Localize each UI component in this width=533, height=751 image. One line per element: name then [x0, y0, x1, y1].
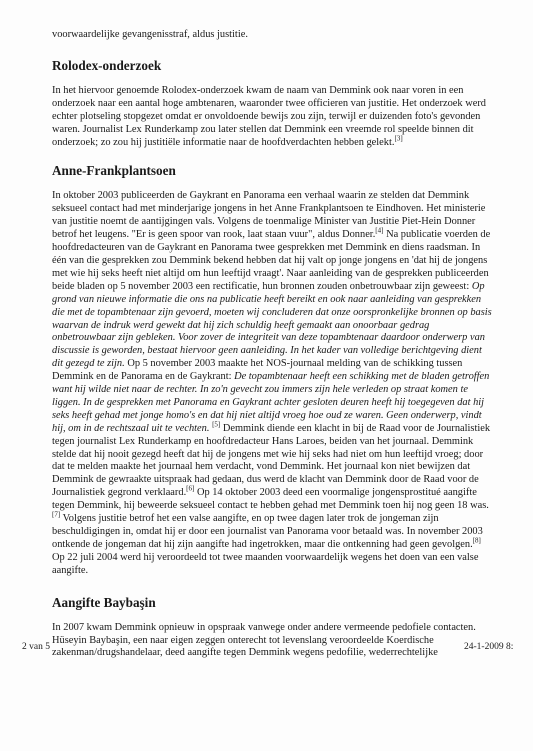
paragraph-text: Volgens justitie betrof het een valse aa…: [52, 513, 483, 550]
footnote-link-7[interactable]: [7]: [52, 511, 60, 519]
rectification-quote: Op grond van nieuwe informatie die ons n…: [52, 281, 492, 369]
footnote-link-3[interactable]: [3]: [394, 134, 402, 142]
document-page: voorwaardelijke gevangenisstraf, aldus j…: [52, 29, 492, 660]
print-timestamp: 24-1-2009 8:: [464, 642, 513, 652]
footnote-link-8[interactable]: [8]: [473, 536, 481, 544]
paragraph-rolodex: In het hiervoor genoemde Rolodex-onderzo…: [52, 85, 492, 150]
paragraph-text: In het hiervoor genoemde Rolodex-onderzo…: [52, 85, 486, 148]
paragraph-anne-frankplantsoen: In oktober 2003 publiceerden de Gaykrant…: [52, 190, 492, 577]
heading-anne-frankplantsoen: Anne-Frankplantsoen: [52, 163, 492, 179]
paragraph-aangifte-baybasin: In 2007 kwam Demmink opnieuw in opspraak…: [52, 622, 492, 661]
lead-text: voorwaardelijke gevangenisstraf, aldus j…: [52, 29, 492, 42]
paragraph-text: Op 22 juli 2004 werd hij veroordeeld tot…: [52, 552, 478, 576]
heading-rolodex-onderzoek: Rolodex-onderzoek: [52, 58, 492, 74]
heading-aangifte-baybasin: Aangifte Baybaşin: [52, 595, 492, 611]
page-indicator: 2 van 5: [22, 642, 50, 652]
